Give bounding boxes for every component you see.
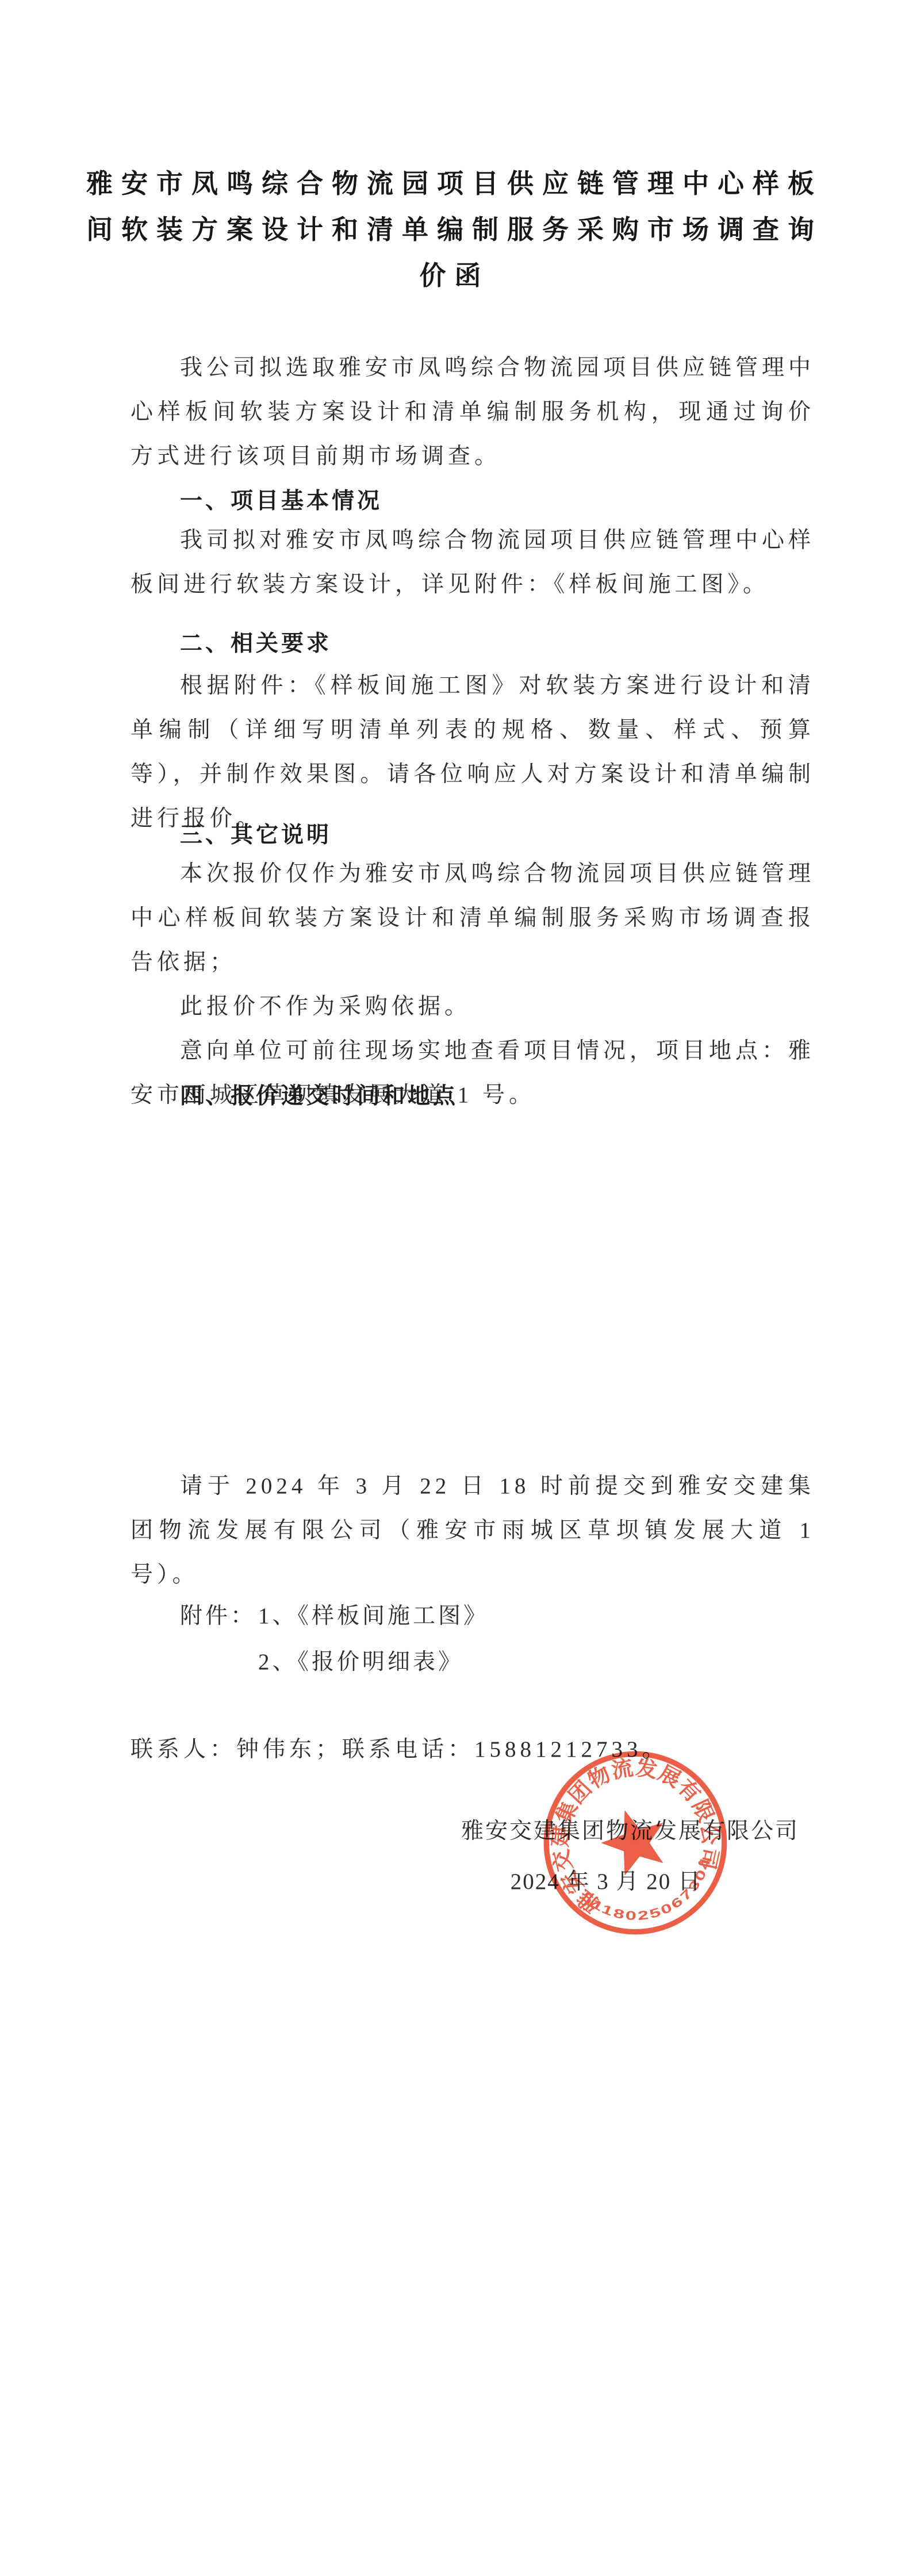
attachment-item-1: 1、《样板间施工图》 xyxy=(258,1593,489,1639)
section-3-heading: 三、其它说明 xyxy=(180,813,332,857)
attachments-label: 附件： xyxy=(180,1593,256,1685)
submission-paragraph: 请于 2024 年 3 月 22 日 18 时前提交到雅安交建集团物流发展有限公… xyxy=(131,1464,815,1597)
section-3-paragraph-2: 此报价不作为采购依据。 xyxy=(131,984,815,1029)
section-1-heading: 一、项目基本情况 xyxy=(180,479,382,523)
company-stamp-svg: 雅安交建集团物流发展有限公司 5118025067304 xyxy=(540,1748,730,1938)
company-stamp: 雅安交建集团物流发展有限公司 5118025067304 xyxy=(540,1748,730,1938)
document-title: 雅安市凤鸣综合物流园项目供应链管理中心样板间软装方案设计和清单编制服务采购市场调… xyxy=(86,161,823,299)
scanned-document-page: 雅安市凤鸣综合物流园项目供应链管理中心样板间软装方案设计和清单编制服务采购市场调… xyxy=(0,0,909,2576)
section-1-paragraph: 我司拟对雅安市凤鸣综合物流园项目供应链管理中心样板间进行软装方案设计，详见附件：… xyxy=(131,518,815,607)
attachments: 附件： 1、《样板间施工图》 2、《报价明细表》 xyxy=(180,1593,489,1685)
attachment-item-2: 2、《报价明细表》 xyxy=(258,1639,489,1685)
intro-paragraph: 我公司拟选取雅安市凤鸣综合物流园项目供应链管理中心样板间软装方案设计和清单编制服… xyxy=(131,346,815,478)
section-2-heading: 二、相关要求 xyxy=(180,622,332,666)
section-4-heading: 四、报价递交时间和地点 xyxy=(180,1074,458,1118)
section-3-paragraph-1: 本次报价仅作为雅安市凤鸣综合物流园项目供应链管理中心样板间软装方案设计和清单编制… xyxy=(131,852,815,984)
star-icon xyxy=(593,1800,675,1880)
